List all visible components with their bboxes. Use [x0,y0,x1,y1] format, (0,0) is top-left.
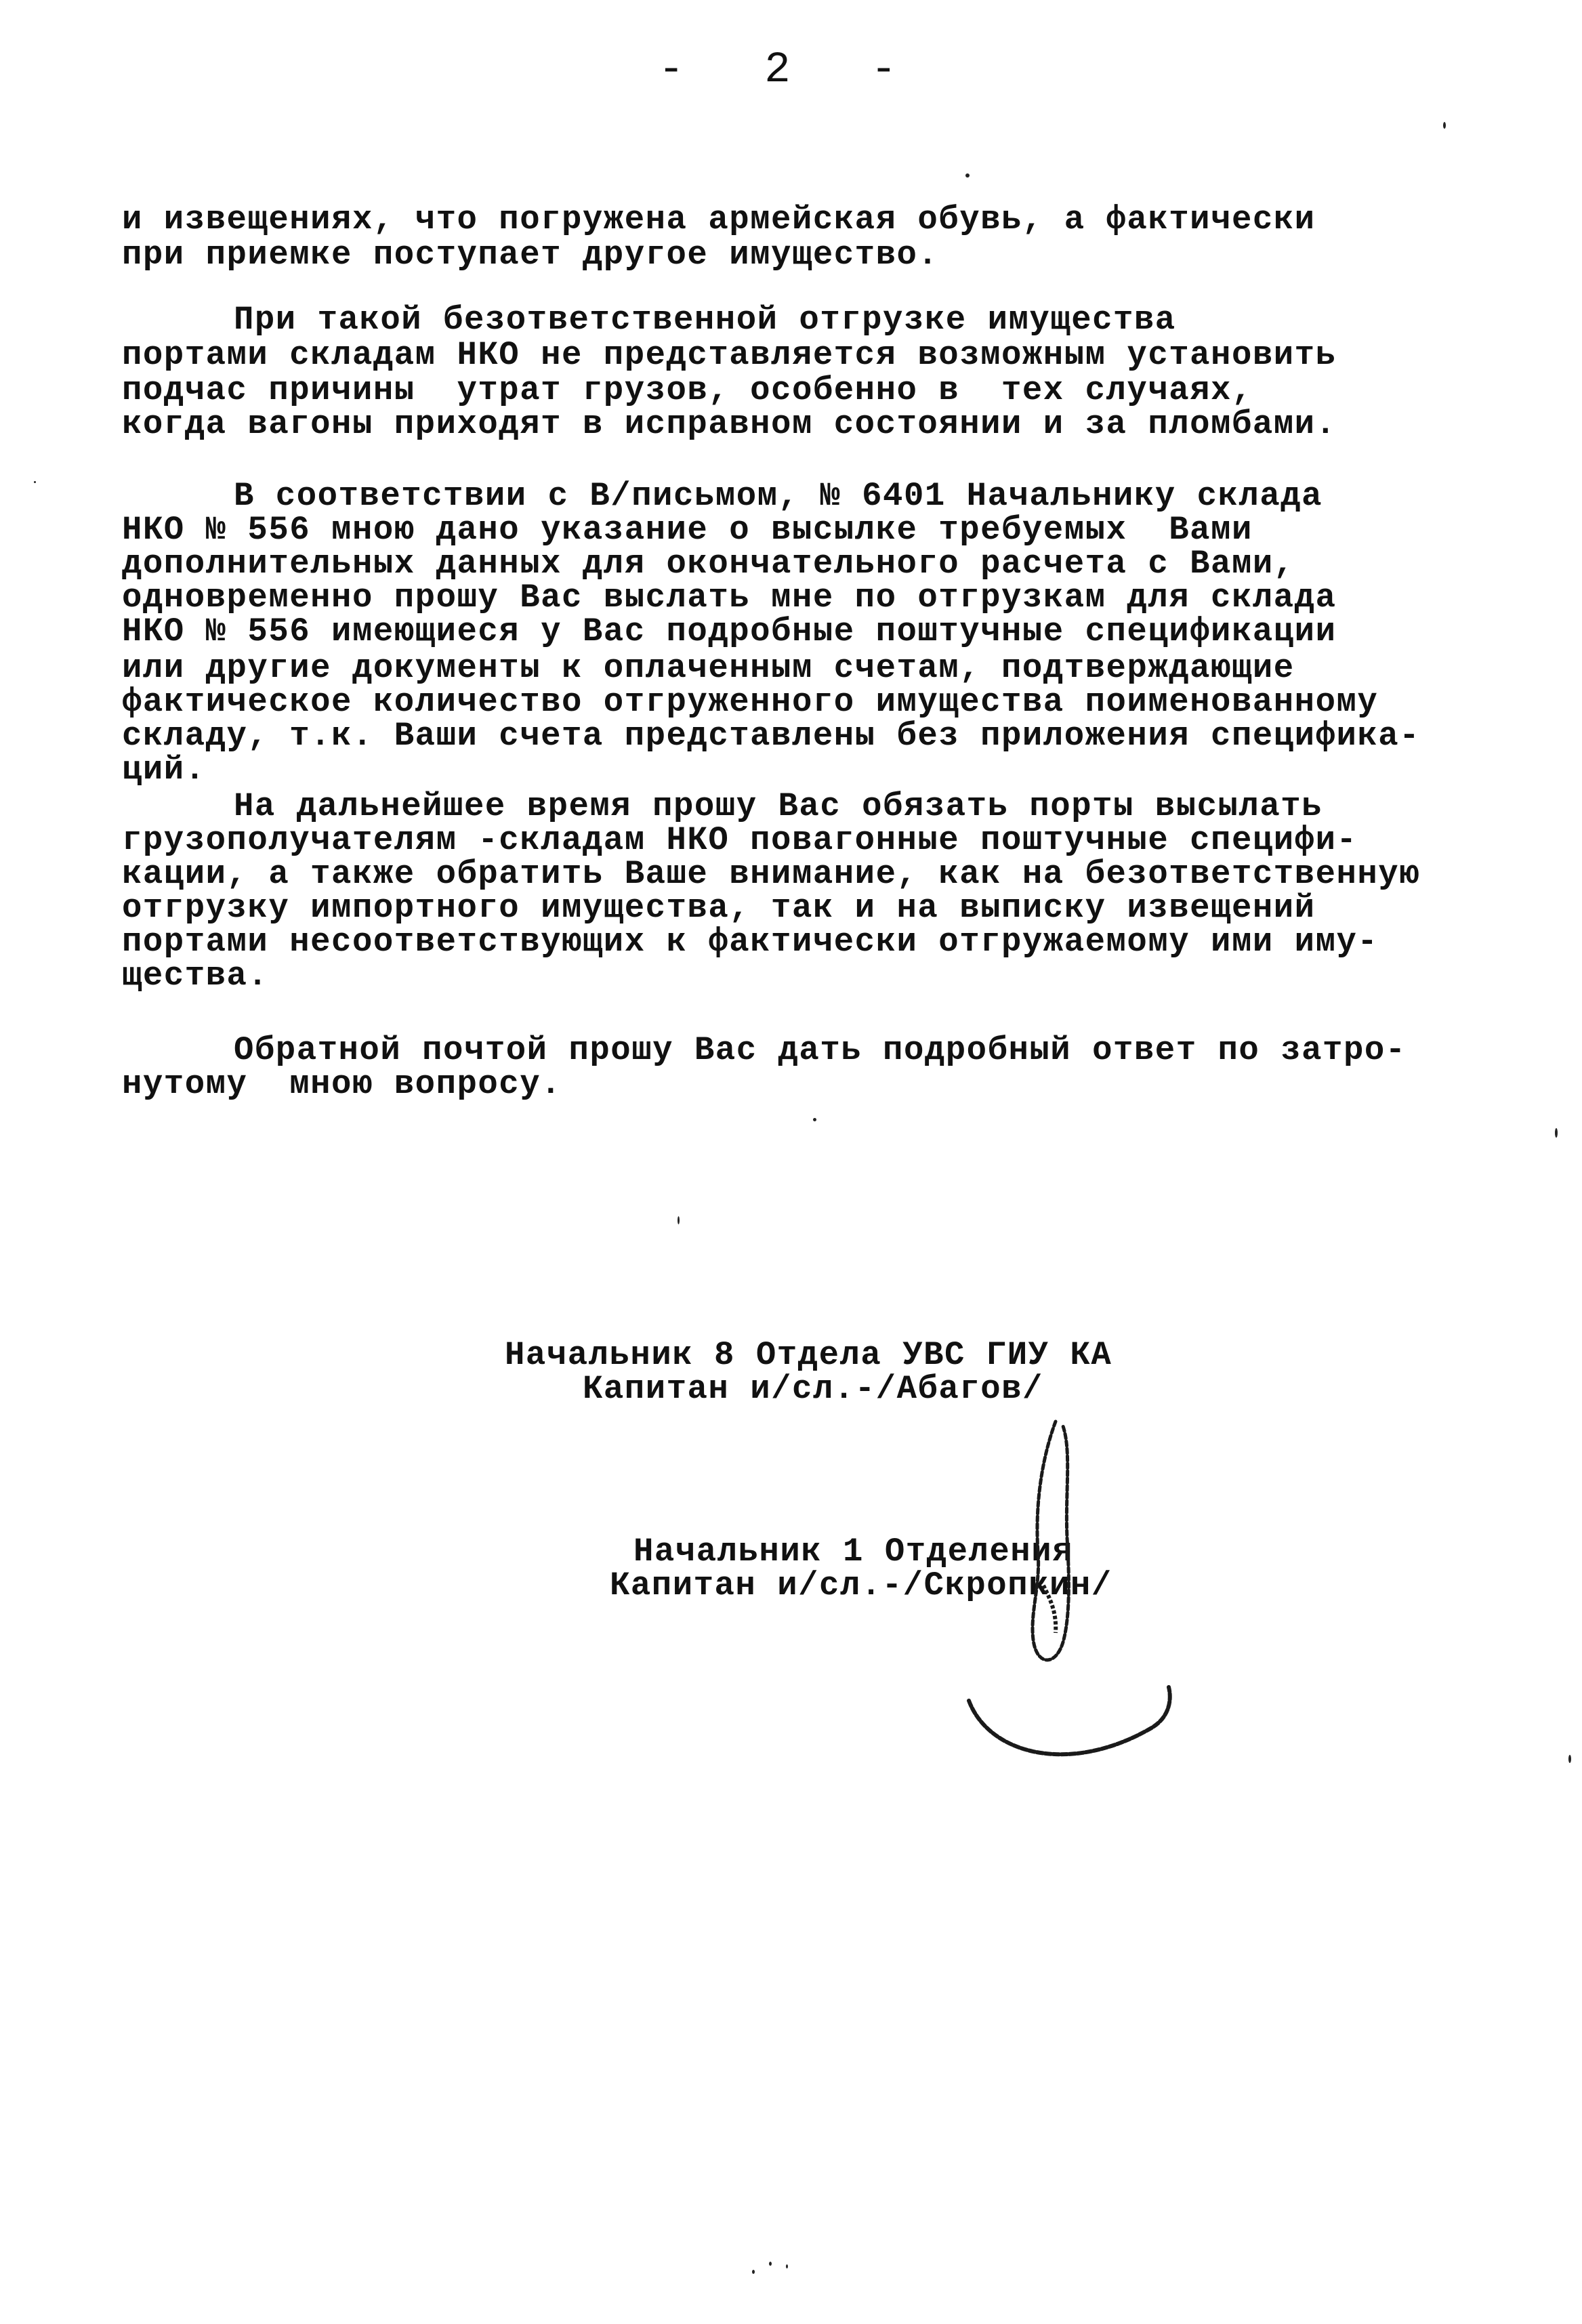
paragraph-5-line-1: Обратной почтой прошу Вас дать подробный… [234,1033,1407,1068]
paragraph-1-line-2: при приемке поступает другое имущество. [122,237,938,272]
paragraph-4-line-2: грузополучателям -складам НКО повагонные… [122,823,1357,858]
paragraph-3-line-1: В соответствии с В/письмом, № 6401 Начал… [234,478,1323,514]
paragraph-3-line-4: одновременно прошу Вас выслать мне по от… [122,580,1336,615]
signature-1-name: Капитан и/сл.-/Абагов/ [583,1371,1043,1407]
document-page: - 2 - и извещениях, что погружена армейс… [0,0,1582,2324]
paragraph-3-line-5: НКО № 556 имеющиеся у Вас подробные пошт… [122,614,1336,649]
paragraph-3-line-6: или другие документы к оплаченным счетам… [122,650,1295,686]
paragraph-3-line-8: складу, т.к. Ваши счета представлены без… [122,718,1420,753]
paragraph-2-line-3: подчас причины утрат грузов, особенно в … [122,373,1253,408]
paragraph-3-line-3: дополнительных данных для окончательного… [122,546,1295,581]
paragraph-4-line-1: На дальнейшее время прошу Вас обязать по… [234,789,1323,824]
signature-1-title: Начальник 8 Отдела УВС ГИУ КА [505,1337,1112,1373]
paragraph-4-line-5: портами несоответствующих к фактически о… [122,924,1378,959]
paragraph-4-line-3: кации, а также обратить Ваше внимание, к… [122,856,1420,892]
paragraph-4-line-4: отгрузку импортного имущества, так и на … [122,890,1316,926]
paragraph-2-line-2: портами складам НКО не представляется во… [122,337,1336,373]
paragraph-3-line-2: НКО № 556 мною дано указание о высылке т… [122,512,1253,547]
paragraph-1-line-1: и извещениях, что погружена армейская об… [122,202,1316,237]
paragraph-4-line-6: щества. [122,958,268,993]
paragraph-2-line-1: При такой безответственной отгрузке имущ… [234,302,1176,337]
page-number: - 2 - [0,46,1582,95]
handwritten-signature-icon [949,1409,1206,1789]
paragraph-2-line-4: когда вагоны приходят в исправном состоя… [122,407,1336,442]
paragraph-5-line-2: нутому мною вопросу. [122,1066,562,1102]
paragraph-3-line-9: ций. [122,752,206,787]
paragraph-3-line-7: фактическое количество отгруженного имущ… [122,684,1378,720]
